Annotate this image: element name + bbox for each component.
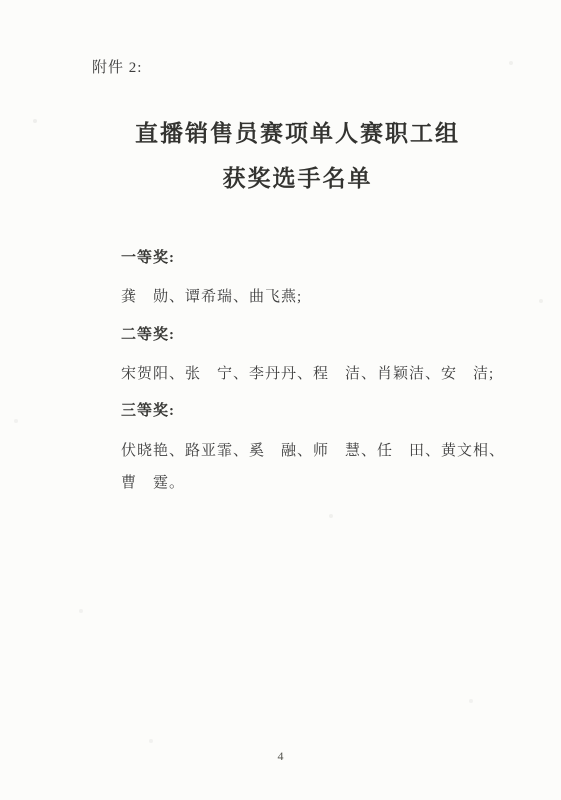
second-prize-heading: 二等奖: [121,326,175,344]
first-prize-names: 龚 勋、谭希瑞、曲飞燕; [121,281,515,313]
second-prize-names: 宋贺阳、张 宁、李丹丹、程 洁、肖颖洁、安 洁; [121,358,515,390]
third-prize-names: 伏晓艳、路亚霏、奚 融、师 慧、任 田、黄文相、曹 霆。 [121,435,515,499]
page-number: 4 [0,749,561,764]
title-line-2: 获奖选手名单 [90,166,505,192]
scan-noise [0,0,2,2]
first-prize-heading: 一等奖: [121,249,175,267]
title-line-1: 直播销售员赛项单人赛职工组 [90,121,505,147]
document-page: 附件 2: 直播销售员赛项单人赛职工组 获奖选手名单 一等奖: 龚 勋、谭希瑞、… [0,0,561,800]
attachment-label: 附件 2: [92,56,142,77]
document-title: 直播销售员赛项单人赛职工组 获奖选手名单 [90,121,505,192]
third-prize-heading: 三等奖: [121,402,175,420]
